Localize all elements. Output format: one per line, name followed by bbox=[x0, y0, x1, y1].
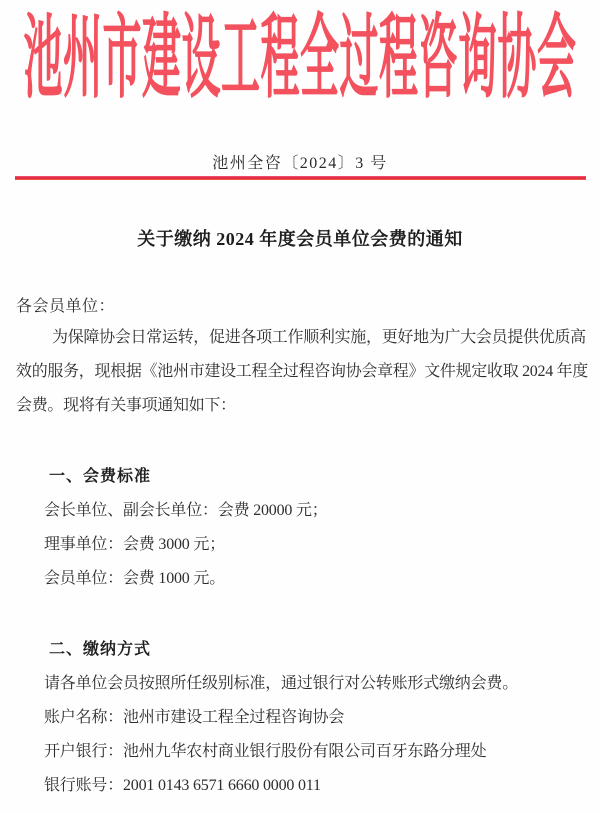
section-heading: 二、缴纳方式 bbox=[44, 633, 518, 667]
fee-line-director-units: 理事单位：会费 3000 元； bbox=[44, 528, 328, 562]
fee-line-member-units: 会员单位：会费 1000 元。 bbox=[44, 562, 328, 596]
intro-paragraph: 为保障协会日常运转，促进各项工作顺利实施，更好地为广大会员提供优质高 效的服务，… bbox=[16, 321, 588, 423]
bank-account-number-line: 银行账号：2001 0143 6571 6660 0000 011 bbox=[44, 769, 518, 803]
letterhead-org-name: 池州市建设工程全过程咨询协会 bbox=[0, 14, 600, 106]
paragraph-line: 效的服务，现根据《池州市建设工程全过程咨询协会章程》文件规定收取 2024 年度 bbox=[16, 355, 588, 389]
letterhead-divider bbox=[15, 176, 586, 180]
account-name-line: 账户名称：池州市建设工程全过程咨询协会 bbox=[44, 701, 518, 735]
payment-method-line: 请各单位会员按照所任级别标准，通过银行对公转账形式缴纳会费。 bbox=[44, 667, 518, 701]
section-fee-standard: 一、会费标准 会长单位、副会长单位：会费 20000 元； 理事单位：会费 30… bbox=[44, 460, 328, 596]
doc-number: 池州全咨〔2024〕3 号 bbox=[0, 150, 600, 173]
salutation: 各会员单位： bbox=[16, 293, 115, 316]
notice-title: 关于缴纳 2024 年度会员单位会费的通知 bbox=[0, 225, 600, 251]
document-page: 池州市建设工程全过程咨询协会 池州全咨〔2024〕3 号 关于缴纳 2024 年… bbox=[0, 0, 600, 813]
section-payment-method: 二、缴纳方式 请各单位会员按照所任级别标准，通过银行对公转账形式缴纳会费。 账户… bbox=[44, 633, 518, 803]
bank-name-line: 开户银行：池州九华农村商业银行股份有限公司百牙东路分理处 bbox=[44, 735, 518, 769]
paragraph-line: 会费。现将有关事项通知如下： bbox=[16, 389, 588, 423]
paragraph-line: 为保障协会日常运转，促进各项工作顺利实施，更好地为广大会员提供优质高 bbox=[16, 321, 588, 355]
section-heading: 一、会费标准 bbox=[44, 460, 328, 494]
fee-line-president-units: 会长单位、副会长单位：会费 20000 元； bbox=[44, 494, 328, 528]
